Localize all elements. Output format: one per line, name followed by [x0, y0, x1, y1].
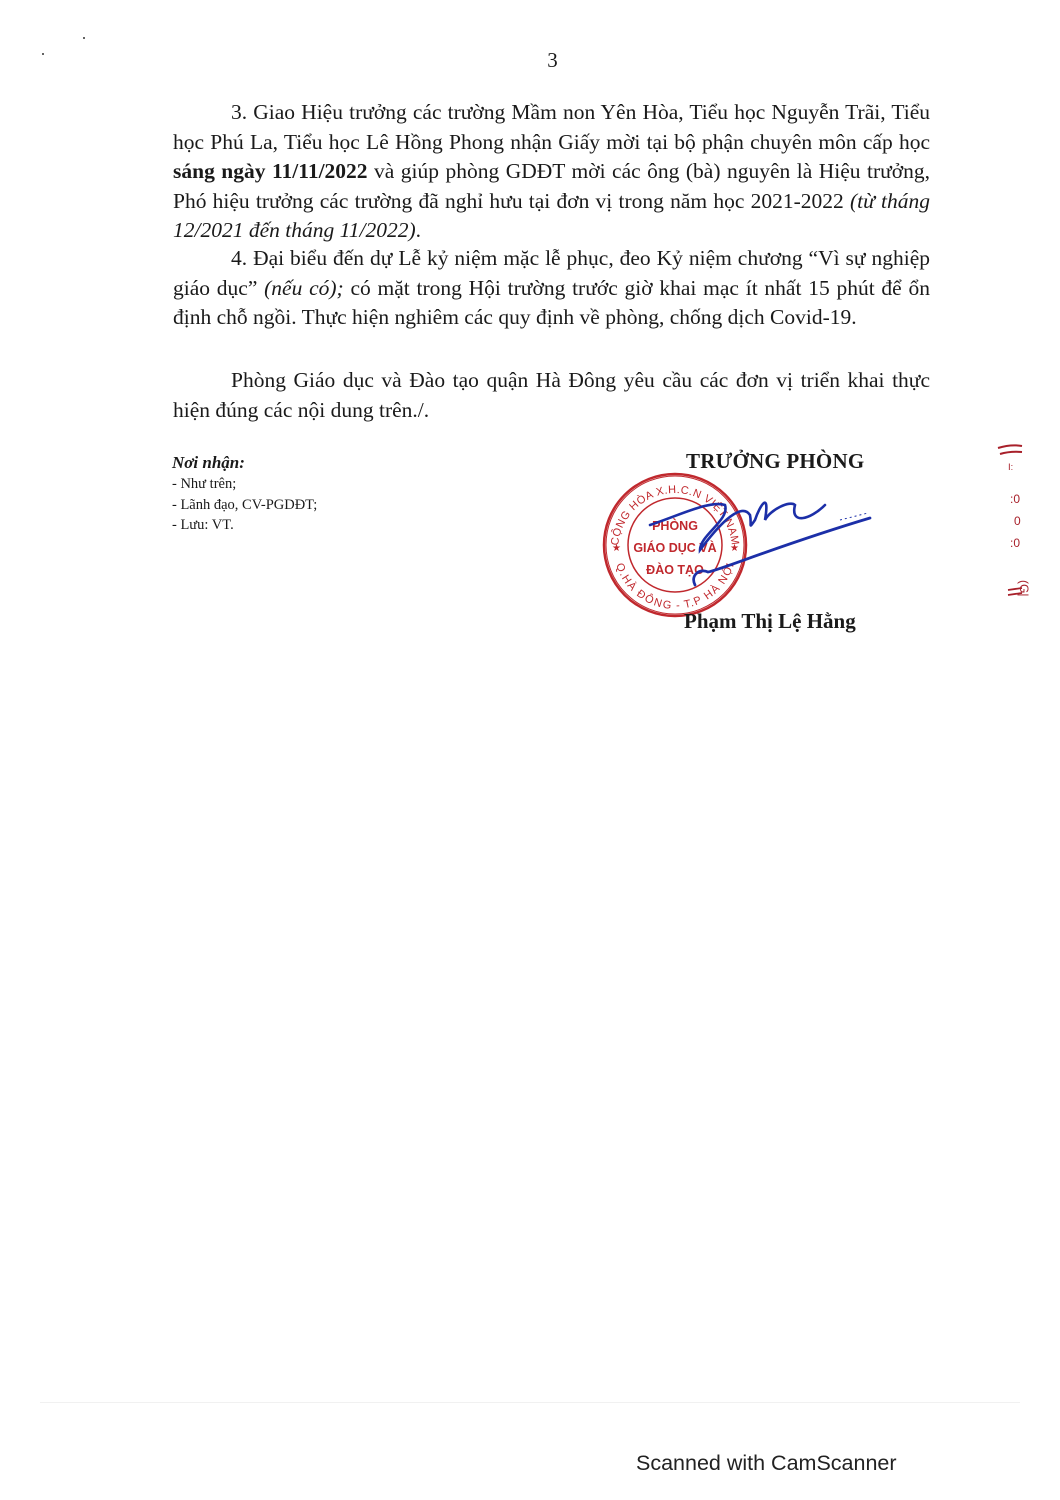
paragraph-3: 3. Giao Hiệu trưởng các trường Mầm non Y…	[173, 98, 930, 246]
edge-stamp-fragment: Ⅰ: :0 0 :0 (G|	[996, 440, 1036, 610]
handwritten-signature	[640, 480, 880, 600]
svg-text::0: :0	[1010, 536, 1020, 550]
svg-text:★: ★	[612, 543, 621, 554]
closing-paragraph: Phòng Giáo dục và Đào tạo quận Hà Đông y…	[173, 366, 930, 425]
svg-text::0: :0	[1010, 492, 1020, 506]
page-number: 3	[0, 48, 1060, 73]
svg-text:Ⅰ:: Ⅰ:	[1008, 462, 1013, 472]
scan-speck	[83, 37, 85, 39]
recipients-block: Nơi nhận: - Như trên; - Lãnh đạo, CV-PGD…	[172, 452, 317, 536]
camscanner-watermark: Scanned with CamScanner	[636, 1451, 897, 1476]
recipient-item: - Như trên;	[172, 474, 317, 495]
scan-edge-line	[40, 1402, 1020, 1403]
date-highlight: sáng ngày 11/11/2022	[173, 159, 368, 183]
svg-text:0: 0	[1014, 514, 1021, 528]
recipients-title: Nơi nhận:	[172, 452, 317, 474]
signer-title: TRƯỞNG PHÒNG	[686, 449, 864, 474]
recipient-item: - Lãnh đạo, CV-PGDĐT;	[172, 495, 317, 516]
signer-name: Phạm Thị Lệ Hằng	[684, 609, 856, 634]
recipient-item: - Lưu: VT.	[172, 515, 317, 536]
paragraph-4: 4. Đại biểu đến dự Lễ kỷ niệm mặc lễ phụ…	[173, 244, 930, 333]
